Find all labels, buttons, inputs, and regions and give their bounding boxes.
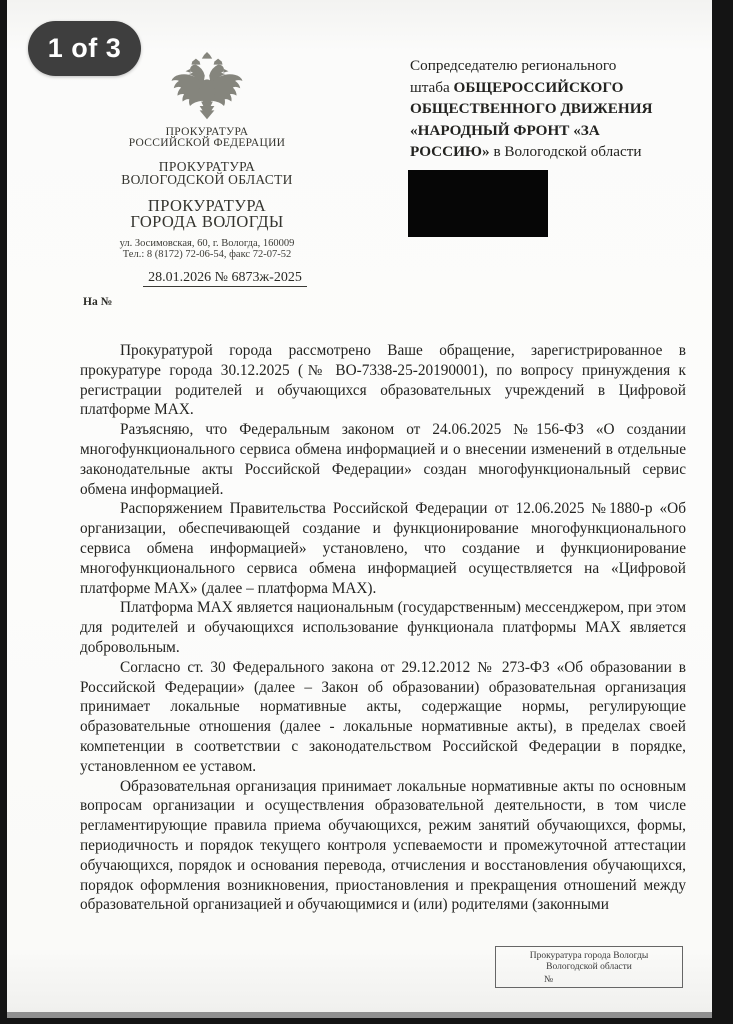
recipient-line: «НАРОДНЫЙ ФРОНТ «ЗА	[410, 120, 710, 142]
recipient-text: штаба	[410, 79, 454, 96]
page-bottom-edge	[7, 1012, 712, 1018]
recipient-line: Сопредседателю регионального	[410, 55, 710, 77]
letter-body: Прокуратурой города рассмотрено Ваше обр…	[80, 341, 686, 915]
recipient-text: ОБЩЕСТВЕННОГО ДВИЖЕНИЯ	[410, 100, 653, 117]
viewer-background: { "viewer": { "page_indicator": "1 of 3"…	[0, 0, 733, 1024]
letterhead-address: ул. Зосимовская, 60, г. Вологда, 160009 …	[57, 238, 357, 260]
reply-to-label: На №	[83, 296, 112, 308]
reference-line: 28.01.2026 № 6873ж-2025	[57, 270, 357, 286]
recipient-line: РОССИЮ» в Вологодской области	[410, 141, 710, 163]
body-paragraph: Распоряжением Правительства Российской Ф…	[80, 499, 686, 598]
body-paragraph: Разъясняю, что Федеральным законом от 24…	[80, 420, 686, 499]
address-line: ул. Зосимовская, 60, г. Вологда, 160009	[57, 238, 357, 249]
coat-of-arms-icon	[169, 52, 245, 120]
recipient-text: РОССИЮ»	[410, 143, 490, 160]
body-paragraph: Образовательная организация принимает ло…	[80, 777, 686, 916]
body-paragraph: Прокуратурой города рассмотрено Ваше обр…	[80, 341, 686, 420]
letterhead-line: ВОЛОГОДСКОЙ ОБЛАСТИ	[57, 173, 357, 186]
stamp-line: Прокуратура города Вологды	[496, 951, 682, 962]
recipient-text: ОБЩЕРОССИЙСКОГО	[454, 79, 624, 96]
stamp-line: Вологодской области	[496, 962, 682, 973]
letterhead-line: РОССИЙСКОЙ ФЕДЕРАЦИИ	[57, 138, 357, 149]
recipient-line: штаба ОБЩЕРОССИЙСКОГО	[410, 77, 710, 99]
body-paragraph: Платформа МАХ является национальным (гос…	[80, 598, 686, 657]
recipient-line: ОБЩЕСТВЕННОГО ДВИЖЕНИЯ	[410, 98, 710, 120]
letterhead-city: ПРОКУРАТУРА ГОРОДА ВОЛОГДЫ	[57, 198, 357, 229]
recipient-block: Сопредседателю региональногоштаба ОБЩЕРО…	[410, 55, 710, 163]
redacted-name-block	[408, 170, 548, 237]
recipient-text: «НАРОДНЫЙ ФРОНТ «ЗА	[410, 122, 600, 139]
reference-number: 28.01.2026 № 6873ж-2025	[143, 270, 307, 287]
recipient-text: Сопредседателю регионального	[410, 57, 616, 74]
document-page[interactable]: 1 of 3 ПРОКУРАТУРА РОССИЙСКОЙ ФЕДЕРАЦИИ	[7, 0, 712, 1012]
stamp-number-label: №	[496, 975, 682, 986]
address-line: Тел.: 8 (8172) 72-06-54, факс 72-07-52	[57, 249, 357, 260]
body-paragraph: Согласно ст. 30 Федерального закона от 2…	[80, 658, 686, 777]
recipient-text: в Вологодской области	[490, 143, 642, 160]
letterhead: ПРОКУРАТУРА РОССИЙСКОЙ ФЕДЕРАЦИИ ПРОКУРА…	[57, 52, 357, 286]
letterhead-regional: ПРОКУРАТУРА ВОЛОГОДСКОЙ ОБЛАСТИ	[57, 160, 357, 186]
stamp-box: Прокуратура города Вологды Вологодской о…	[495, 946, 683, 988]
letterhead-federal: ПРОКУРАТУРА РОССИЙСКОЙ ФЕДЕРАЦИИ	[57, 127, 357, 149]
letterhead-line: ГОРОДА ВОЛОГДЫ	[57, 214, 357, 230]
